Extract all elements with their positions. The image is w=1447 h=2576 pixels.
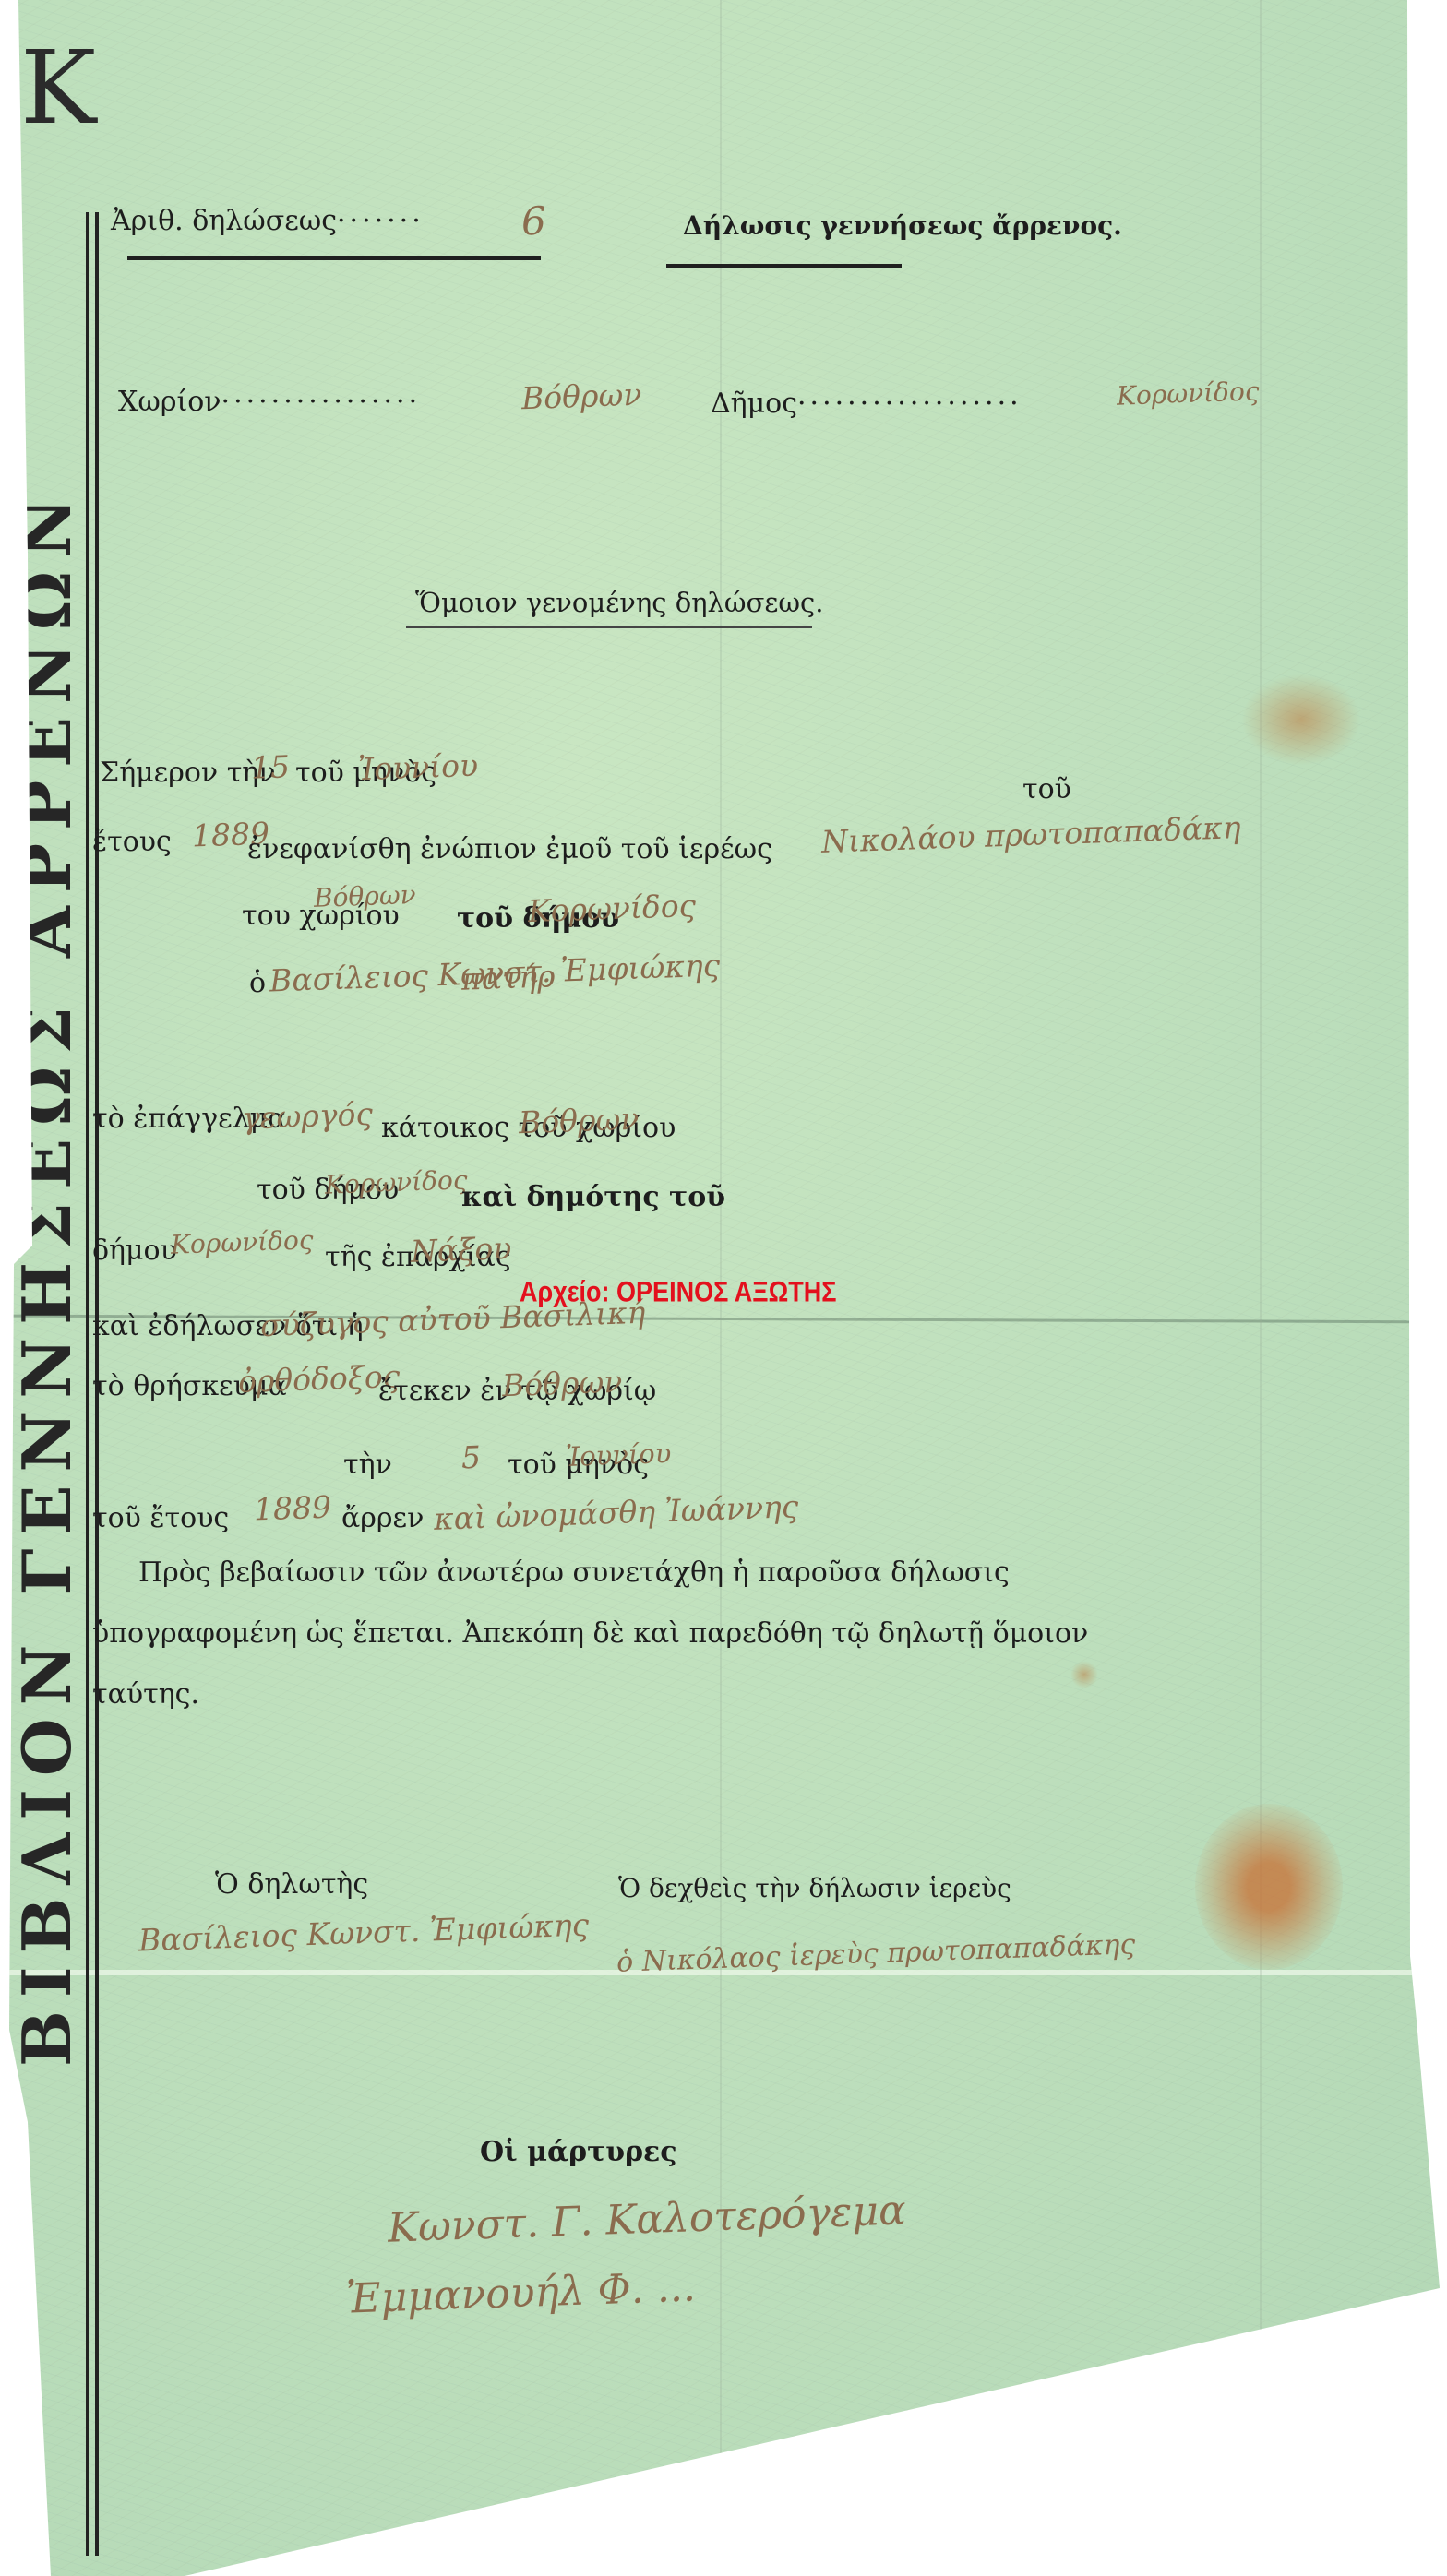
citizen-municipality-label: δήμου	[92, 1234, 177, 1267]
declaration-number-value: 6	[520, 198, 546, 244]
birth-year: 1889	[253, 1489, 331, 1528]
stain	[1195, 1804, 1343, 1970]
sex-label: ἄρρεν	[341, 1502, 424, 1534]
corner-mark: Κ	[20, 37, 96, 138]
witness-1-signature: Κωνστ. Γ. Καλοτερόγεμα	[387, 2187, 906, 2252]
stain	[1241, 674, 1361, 766]
municipality-label: Δῆμος··················	[711, 388, 1022, 420]
declarant-signature: Βασίλειος Κωνστ. Ἐμφιώκης	[138, 1906, 589, 1958]
form-title: Δήλωσις γεννήσεως ἄρρενος.	[683, 210, 1122, 241]
resident-village: Βόθρων	[518, 1101, 640, 1141]
declaration-number-label: Ἀριθ. δηλώσεως·······	[111, 205, 425, 237]
witness-2-signature: Ἐμμανουήλ Φ. ...	[345, 2263, 696, 2322]
birth-day: 5	[460, 1439, 481, 1476]
priest-village: Βόθρων	[313, 879, 416, 913]
number-label-text: Ἀριθ. δηλώσεως	[111, 205, 337, 237]
profession: γεωργός	[241, 1096, 373, 1137]
copy-title-underline	[406, 626, 812, 628]
resident-municipality: Κορωνίδος	[324, 1164, 468, 1199]
village-label: Χωρίον················	[118, 386, 421, 418]
paper-sheet: Κ ΒΙΒΛΙΟΝ ΓΕΝΝΗΣΕΩΣ ΑΡΡΕΝΩΝ Ἀριθ. δηλώσε…	[0, 0, 1447, 2576]
village-label-text: Χωρίον	[118, 386, 221, 418]
margin-rule	[86, 212, 89, 2556]
municipality-label-text: Δῆμος	[711, 388, 797, 420]
priest-signature-label: Ὁ δεχθεὶς τὴν δήλωσιν ἱερεὺς	[618, 1873, 1011, 1903]
fold-line	[1260, 0, 1262, 2576]
side-title: ΒΙΒΛΙΟΝ ΓΕΝΝΗΣΕΩΣ ΑΡΡΕΝΩΝ	[7, 406, 86, 2067]
witnesses-label: Οἱ μάρτυρες	[480, 2136, 677, 2168]
declaration-month: Ἰουνίου	[357, 747, 478, 788]
citizen-municipality: Κορωνίδος	[170, 1224, 314, 1259]
priest-name: Νικολάου πρωτοπαπαδάκη	[820, 809, 1241, 860]
birth-day-label: τὴν	[343, 1449, 392, 1481]
declarant-article: ὁ	[249, 967, 266, 999]
year-label: ἔτους	[92, 826, 172, 858]
birth-year-label: τοῦ ἔτους	[92, 1502, 229, 1534]
dot-leader: ················	[221, 386, 422, 418]
today-label: Σήμερον τὴν	[100, 757, 276, 789]
archive-watermark: Αρχείο: ΟΡΕΙΝΟΣ ΑΞΩΤΗΣ	[520, 1276, 837, 1309]
municipality-value: Κορωνίδος	[1116, 376, 1260, 411]
birth-month: Ἰουνίου	[565, 1437, 671, 1473]
dot-leader: ·······	[337, 205, 425, 237]
declaration-day: 15	[250, 748, 290, 785]
of-label: τοῦ	[1022, 773, 1071, 805]
number-underline	[127, 256, 541, 260]
appeared-label: ἐνεφανίσθη ἐνώπιον ἐμοῦ τοῦ ἱερέως	[247, 833, 772, 865]
province: Νάξου	[410, 1230, 512, 1270]
title-underline	[666, 264, 902, 268]
child-name: καὶ ὠνομάσθη Ἰωάννης	[433, 1488, 798, 1537]
village-value: Βόθρων	[520, 376, 642, 417]
copy-title: Ὅμοιον γενομένης δηλώσεως.	[415, 587, 824, 618]
certification-text: Πρὸς βεβαίωσιν τῶν ἀνωτέρω συνετάχθη ἡ π…	[92, 1543, 1163, 1725]
declarant-signature-label: Ὁ δηλωτὴς	[215, 1868, 368, 1901]
priest-municipality: Κορωνίδος	[527, 888, 696, 929]
dot-leader: ··················	[797, 388, 1022, 420]
birth-place: Βόθρων	[501, 1364, 623, 1404]
citizen-label: καὶ δημότης τοῦ	[461, 1181, 725, 1213]
relation: πατήρ	[460, 958, 556, 997]
religion: ὀρθόδοξος	[237, 1358, 401, 1400]
